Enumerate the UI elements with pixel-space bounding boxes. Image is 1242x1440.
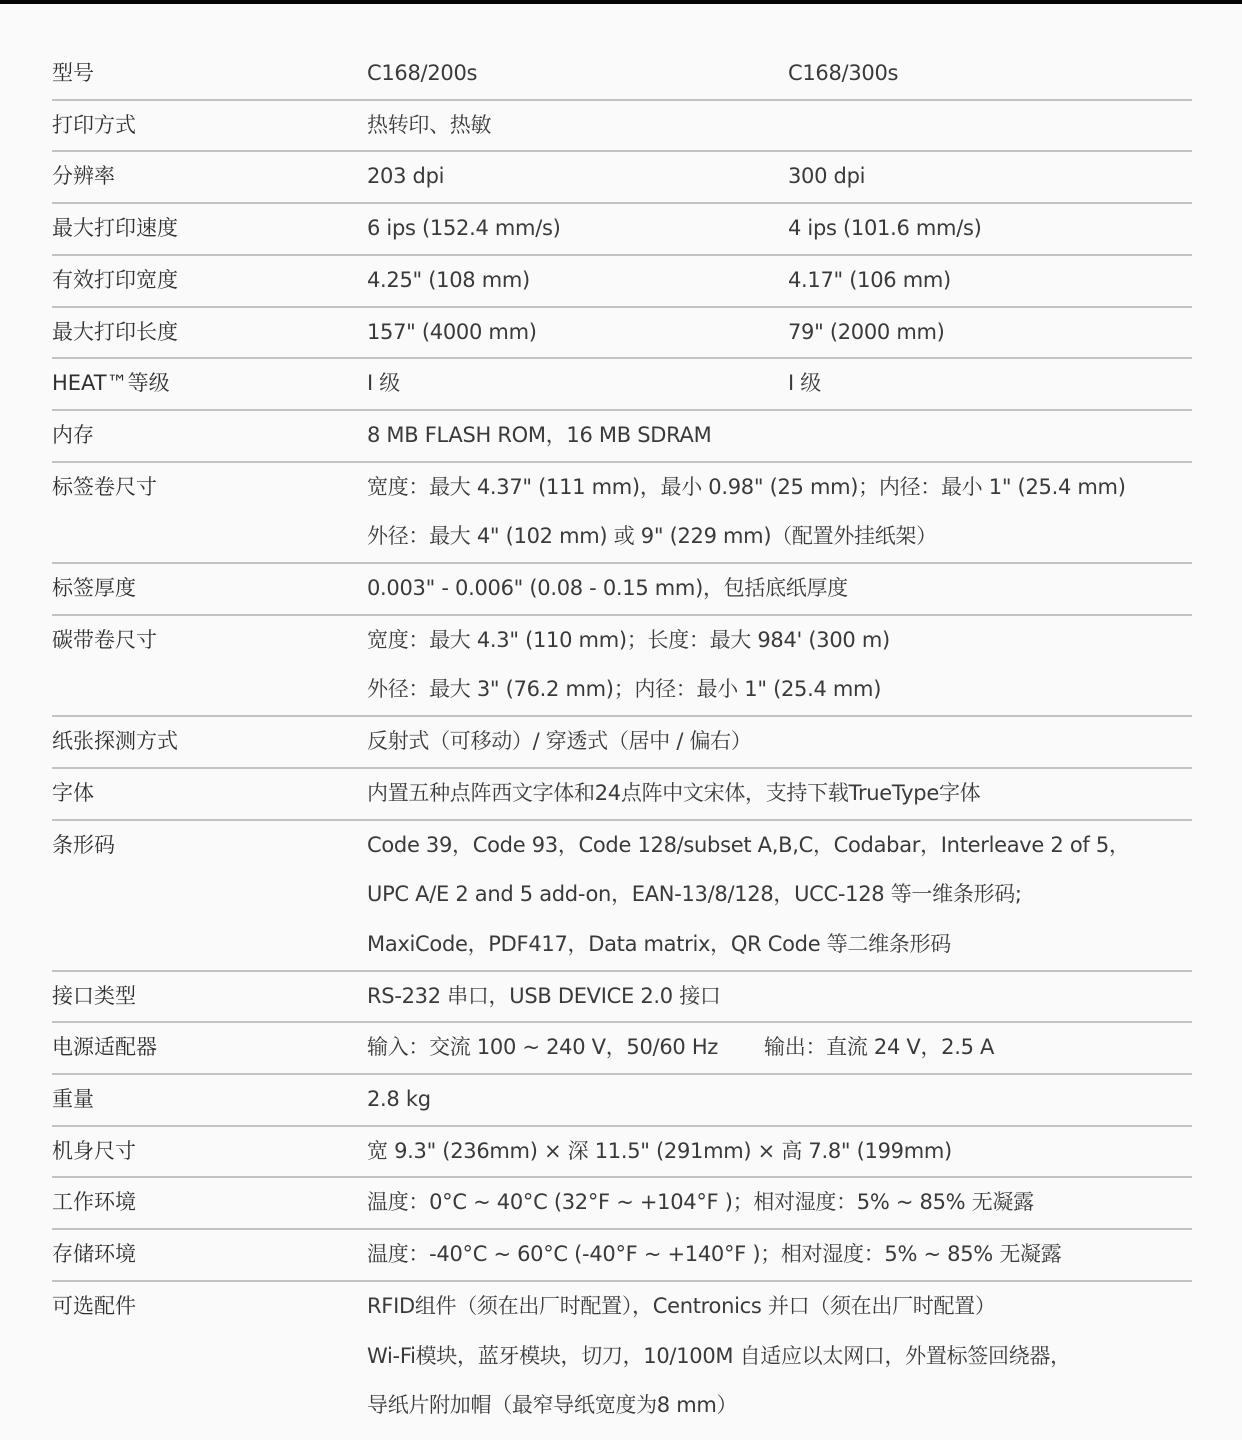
spec-value: Code 39，Code 93，Code 128/subset A,B,C，Co… <box>367 821 1192 871</box>
spec-row-power-adapter: 电源适配器 输入：交流 100 ~ 240 V，50/60 Hz 输出：直流 2… <box>52 1023 1192 1075</box>
spec-value: 反射式（可移动）/ 穿透式（居中 / 偏右） <box>367 717 1192 767</box>
spec-row-interfaces: 接口类型 RS-232 串口，USB DEVICE 2.0 接口 <box>52 972 1192 1024</box>
spec-value: 温度：-40°C ~ 60°C (-40°F ~ +140°F )；相对湿度：5… <box>367 1230 1192 1280</box>
power-input-value: 输入：交流 100 ~ 240 V，50/60 Hz <box>367 1023 718 1073</box>
spec-row-max-speed: 最大打印速度 6 ips (152.4 mm/s) 4 ips (101.6 m… <box>52 204 1192 256</box>
spec-row-label-roll-size: 标签卷尺寸 宽度：最大 4.37" (111 mm)，最小 0.98" (25 … <box>52 463 1192 564</box>
spec-value-200s: I 级 <box>367 359 788 409</box>
spec-label: 工作环境 <box>52 1178 367 1228</box>
spec-row-memory: 内存 8 MB FLASH ROM，16 MB SDRAM <box>52 411 1192 463</box>
spec-label: 最大打印长度 <box>52 308 367 358</box>
spec-label: 打印方式 <box>52 101 367 151</box>
spec-label: HEAT™等级 <box>52 359 367 409</box>
spec-row-print-length: 最大打印长度 157" (4000 mm) 79" (2000 mm) <box>52 308 1192 360</box>
spec-value: UPC A/E 2 and 5 add-on，EAN-13/8/128，UCC-… <box>367 870 1192 920</box>
spec-row-storage-env: 存储环境 温度：-40°C ~ 60°C (-40°F ~ +140°F )；相… <box>52 1230 1192 1282</box>
spec-row-resolution: 分辨率 203 dpi 300 dpi <box>52 152 1192 204</box>
spec-table: 型号 C168/200s C168/300s 打印方式 热转印、热敏 分辨率 2… <box>52 49 1192 1431</box>
spec-label: 最大打印速度 <box>52 204 367 254</box>
spec-value: 宽 9.3" (236mm) × 深 11.5" (291mm) × 高 7.8… <box>367 1127 1192 1177</box>
spec-label: 接口类型 <box>52 972 367 1022</box>
spec-label: 标签卷尺寸 <box>52 463 367 562</box>
spec-value: Wi-Fi模块，蓝牙模块，切刀，10/100M 自适应以太网口，外置标签回绕器， <box>367 1332 1192 1382</box>
spec-value-300s: I 级 <box>788 359 1192 409</box>
spec-label: 分辨率 <box>52 152 367 202</box>
spec-label: 有效打印宽度 <box>52 256 367 306</box>
spec-value: 热转印、热敏 <box>367 101 1192 151</box>
spec-label: 机身尺寸 <box>52 1127 367 1177</box>
spec-value: 8 MB FLASH ROM，16 MB SDRAM <box>367 411 1192 461</box>
spec-value: 内置五种点阵西文字体和24点阵中文宋体，支持下载TrueType字体 <box>367 769 1192 819</box>
spec-label: 字体 <box>52 769 367 819</box>
spec-value-300s: 4 ips (101.6 mm/s) <box>788 204 1192 254</box>
spec-label: 碳带卷尺寸 <box>52 616 367 715</box>
spec-row-dimensions: 机身尺寸 宽 9.3" (236mm) × 深 11.5" (291mm) × … <box>52 1127 1192 1179</box>
top-border <box>0 0 1242 4</box>
spec-row-operating-env: 工作环境 温度：0°C ~ 40°C (32°F ~ +104°F )；相对湿度… <box>52 1178 1192 1230</box>
spec-label: 存储环境 <box>52 1230 367 1280</box>
spec-row-label-thickness: 标签厚度 0.003" - 0.006" (0.08 - 0.15 mm)，包括… <box>52 564 1192 616</box>
spec-row-print-width: 有效打印宽度 4.25" (108 mm) 4.17" (106 mm) <box>52 256 1192 308</box>
spec-value-200s: 4.25" (108 mm) <box>367 256 788 306</box>
spec-value-300s: 300 dpi <box>788 152 1192 202</box>
spec-row-model: 型号 C168/200s C168/300s <box>52 49 1192 101</box>
spec-value: MaxiCode，PDF417，Data matrix，QR Code 等二维条… <box>367 920 1192 970</box>
spec-value: 宽度：最大 4.37" (111 mm)，最小 0.98" (25 mm)；内径… <box>367 463 1192 513</box>
spec-row-barcodes: 条形码 Code 39，Code 93，Code 128/subset A,B,… <box>52 821 1192 972</box>
spec-value-300s: C168/300s <box>788 49 1192 99</box>
spec-label: 型号 <box>52 49 367 99</box>
spec-row-print-method: 打印方式 热转印、热敏 <box>52 101 1192 153</box>
spec-value-300s: 79" (2000 mm) <box>788 308 1192 358</box>
spec-row-options: 可选配件 RFID组件（须在出厂时配置），Centronics 并口（须在出厂时… <box>52 1282 1192 1431</box>
spec-label: 重量 <box>52 1075 367 1125</box>
spec-value: 温度：0°C ~ 40°C (32°F ~ +104°F )；相对湿度：5% ~… <box>367 1178 1192 1228</box>
spec-value: 宽度：最大 4.3" (110 mm)；长度：最大 984' (300 m) <box>367 616 1192 666</box>
spec-value: 外径：最大 3" (76.2 mm)；内径：最小 1" (25.4 mm) <box>367 665 1192 715</box>
spec-row-ribbon-roll-size: 碳带卷尺寸 宽度：最大 4.3" (110 mm)；长度：最大 984' (30… <box>52 616 1192 717</box>
spec-label: 标签厚度 <box>52 564 367 614</box>
power-output-value: 输出：直流 24 V，2.5 A <box>764 1023 994 1073</box>
spec-value: 导纸片附加帽（最窄导纸宽度为8 mm） <box>367 1381 1192 1431</box>
spec-label: 纸张探测方式 <box>52 717 367 767</box>
spec-value-200s: C168/200s <box>367 49 788 99</box>
spec-label: 内存 <box>52 411 367 461</box>
spec-value: 0.003" - 0.006" (0.08 - 0.15 mm)，包括底纸厚度 <box>367 564 1192 614</box>
spec-label: 条形码 <box>52 821 367 970</box>
spec-row-media-sensing: 纸张探测方式 反射式（可移动）/ 穿透式（居中 / 偏右） <box>52 717 1192 769</box>
spec-value: 外径：最大 4" (102 mm) 或 9" (229 mm)（配置外挂纸架） <box>367 512 1192 562</box>
spec-row-weight: 重量 2.8 kg <box>52 1075 1192 1127</box>
spec-value-200s: 203 dpi <box>367 152 788 202</box>
spec-value-200s: 6 ips (152.4 mm/s) <box>367 204 788 254</box>
spec-row-heat-level: HEAT™等级 I 级 I 级 <box>52 359 1192 411</box>
spec-value-200s: 157" (4000 mm) <box>367 308 788 358</box>
spec-value-300s: 4.17" (106 mm) <box>788 256 1192 306</box>
spec-label: 电源适配器 <box>52 1023 367 1073</box>
spec-label: 可选配件 <box>52 1282 367 1431</box>
spec-value: RS-232 串口，USB DEVICE 2.0 接口 <box>367 972 1192 1022</box>
spec-value: RFID组件（须在出厂时配置），Centronics 并口（须在出厂时配置） <box>367 1282 1192 1332</box>
spec-value: 2.8 kg <box>367 1075 1192 1125</box>
spec-row-fonts: 字体 内置五种点阵西文字体和24点阵中文宋体，支持下载TrueType字体 <box>52 769 1192 821</box>
